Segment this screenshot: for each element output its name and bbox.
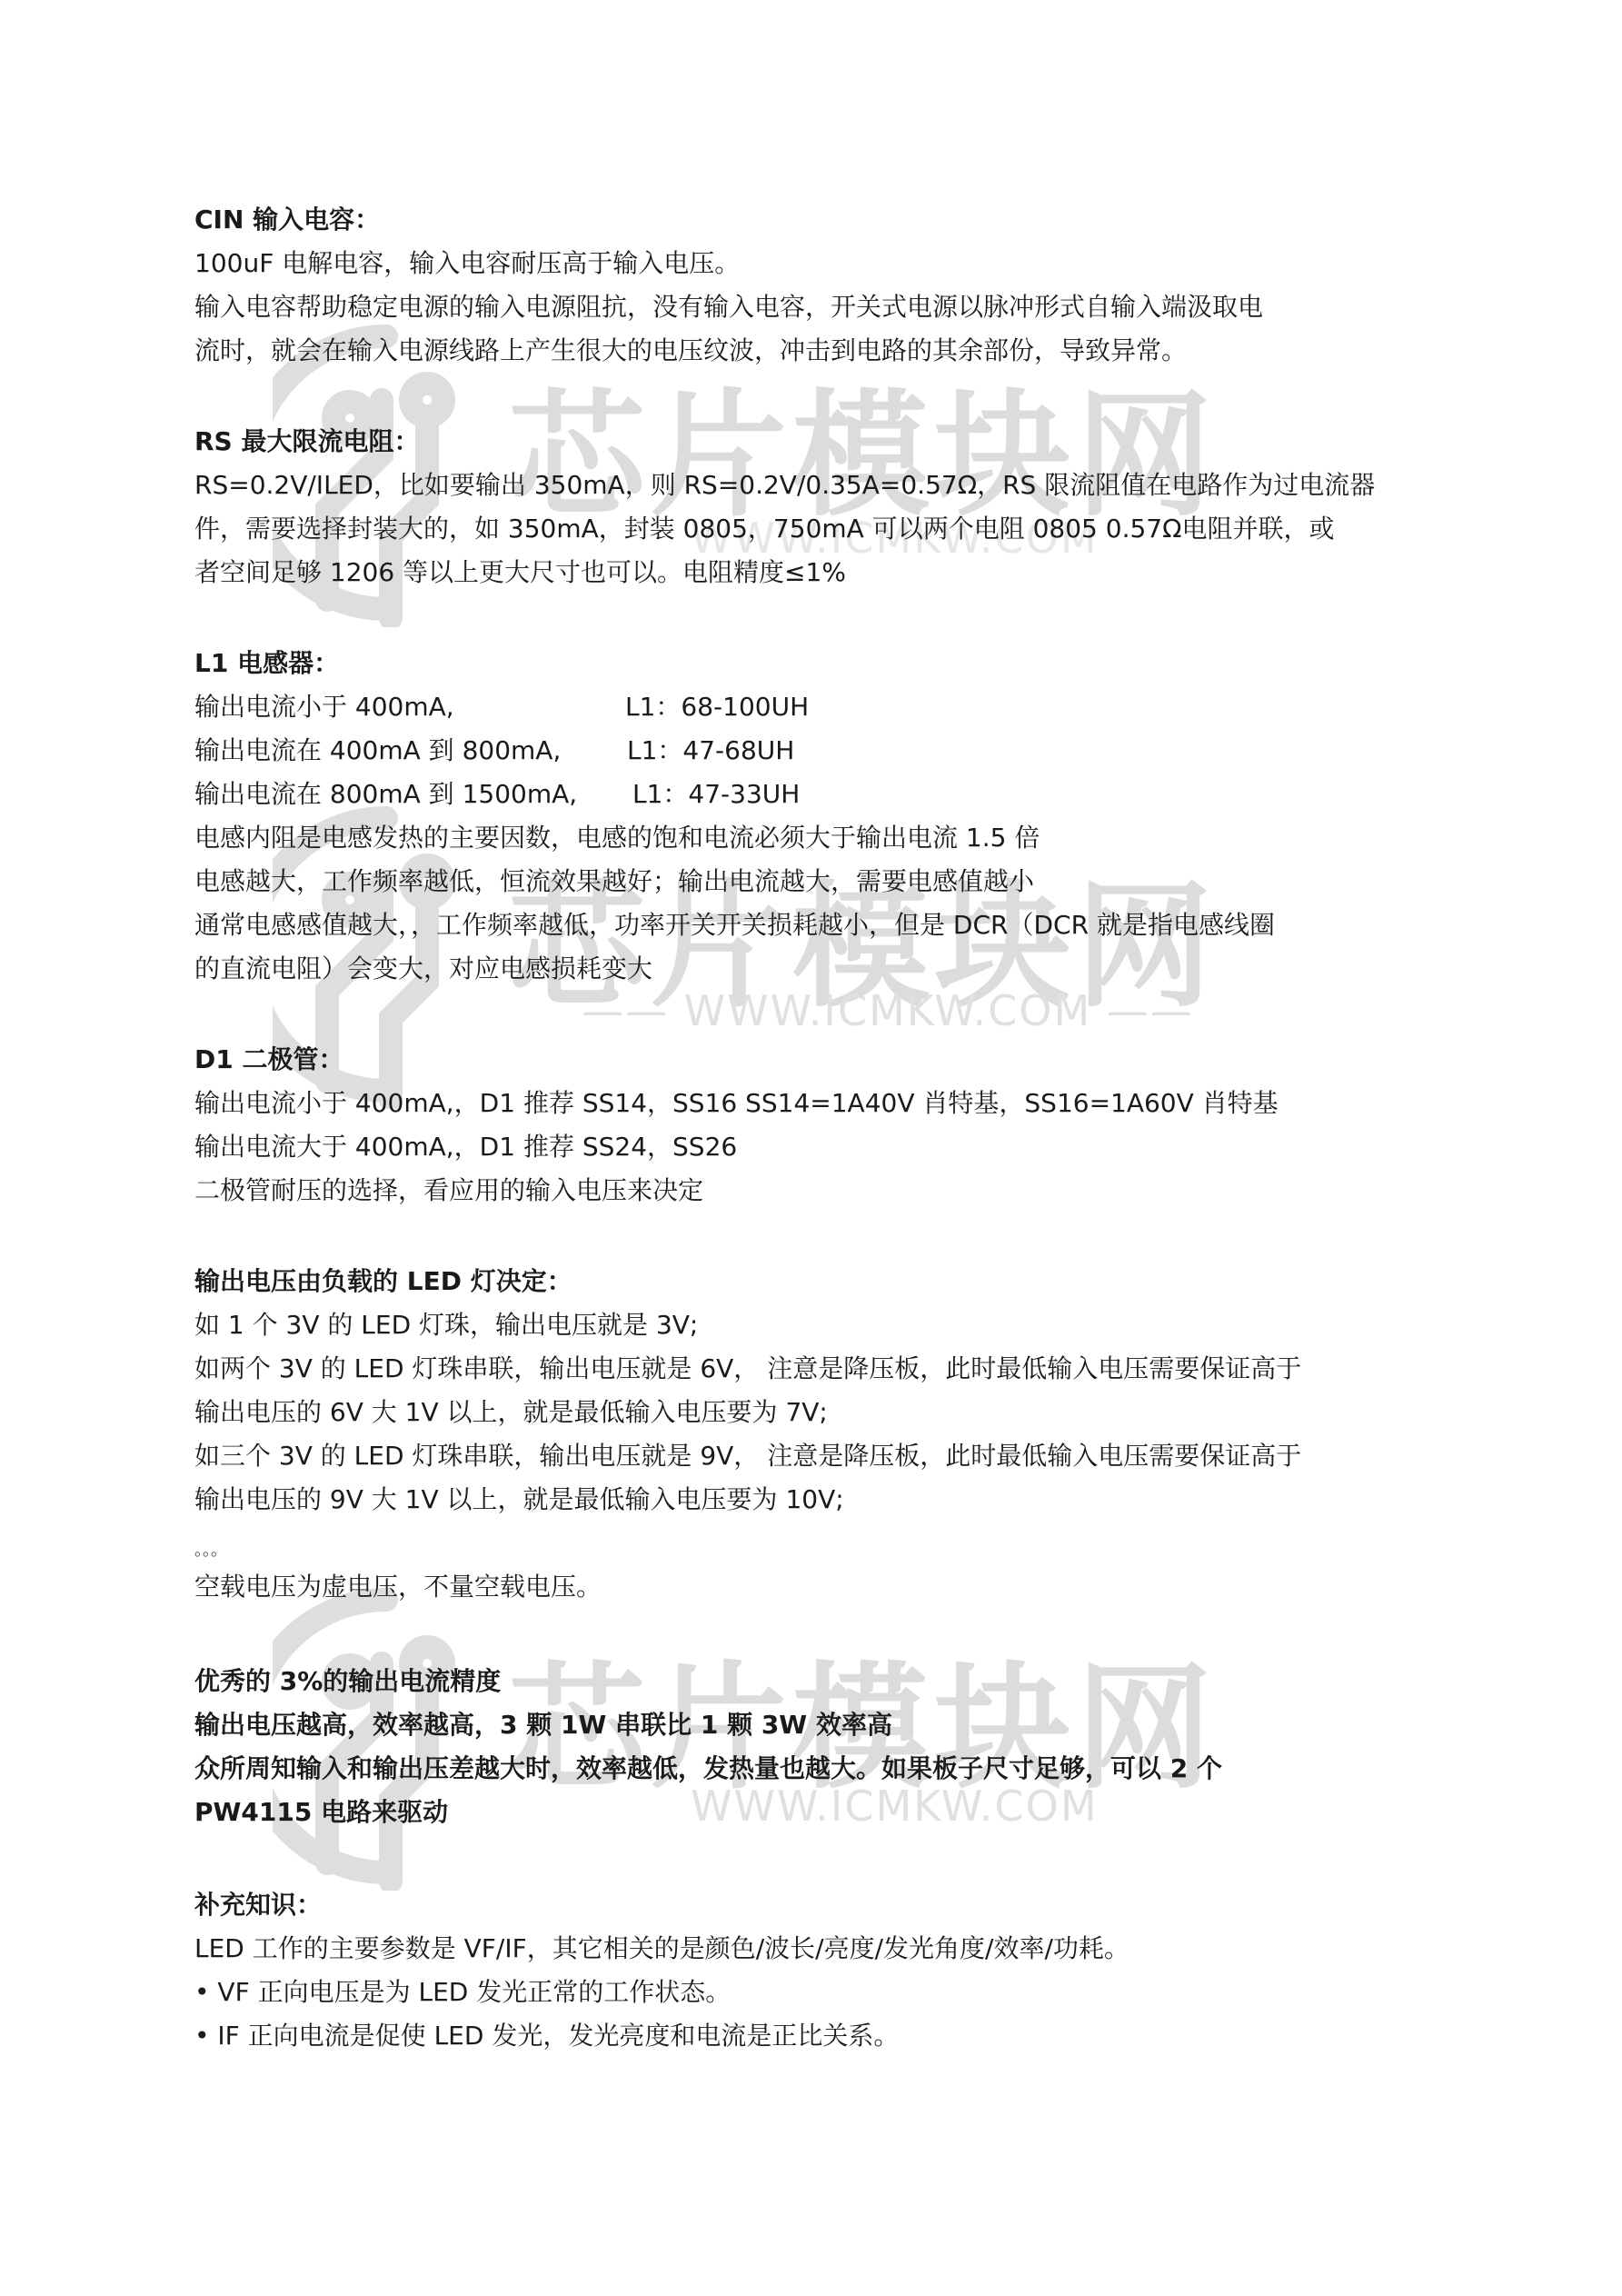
section-heading-rs: RS 最大限流电阻： — [194, 424, 419, 460]
inductor-value: L1：47-33UH — [632, 779, 800, 809]
inductor-value: L1：47-68UH — [627, 735, 794, 765]
bullet-item: • IF 正向电流是促使 LED 发光，发光亮度和电流是正比关系。 — [194, 2018, 899, 2054]
paragraph-line: 件，需要选择封装大的，如 350mA，封装 0805，750mA 可以两个电阻 … — [194, 511, 1335, 547]
paragraph-line: 二极管耐压的选择，看应用的输入电压来决定 — [194, 1173, 703, 1209]
paragraph-line: 者空间足够 1206 等以上更大尺寸也可以。电阻精度≤1% — [194, 554, 846, 591]
highlight-line: 优秀的 3%的输出电流精度 — [194, 1663, 501, 1700]
paragraph-line: 输出电压的 9V 大 1V 以上，就是最低输入电压要为 10V; — [194, 1482, 844, 1518]
paragraph-line: 通常电感感值越大，，工作频率越低，功率开关开关损耗越小，但是 DCR（DCR 就… — [194, 907, 1275, 943]
paragraph-line: 如两个 3V 的 LED 灯珠串联，输出电压就是 6V， 注意是降压板，此时最低… — [194, 1351, 1301, 1387]
section-heading-vout: 输出电压由负载的 LED 灯决定： — [194, 1263, 572, 1300]
inductor-condition: 输出电流在 800mA 到 1500mA, — [194, 776, 632, 813]
inductor-value: L1：68-100UH — [625, 692, 809, 722]
paragraph-line: 的直流电阻）会变大，对应电感损耗变大 — [194, 951, 652, 987]
section-heading-extra: 补充知识： — [194, 1887, 322, 1923]
highlight-line: 输出电压越高，效率越高，3 颗 1W 串联比 1 颗 3W 效率高 — [194, 1707, 892, 1743]
ellipsis-line: 。。。 — [194, 1532, 227, 1569]
paragraph-line: 100uF 电解电容，输入电容耐压高于输入电压。 — [194, 245, 740, 282]
paragraph-line: 流时，就会在输入电源线路上产生很大的电压纹波，冲击到电路的其余部份，导致异常。 — [194, 333, 1187, 369]
inductor-condition: 输出电流在 400mA 到 800mA, — [194, 733, 627, 769]
paragraph-line: 电感内阻是电感发热的主要因数，电感的饱和电流必须大于输出电流 1.5 倍 — [194, 820, 1040, 856]
paragraph-line: 输出电流小于 400mA,，D1 推荐 SS14，SS16 SS14=1A40V… — [194, 1085, 1279, 1122]
paragraph-line: 电感越大，工作频率越低，恒流效果越好；输出电流越大，需要电感值越小 — [194, 863, 1034, 900]
paragraph-line: LED 工作的主要参数是 VF/IF，其它相关的是颜色/波长/亮度/发光角度/效… — [194, 1931, 1129, 1967]
inductor-row: 输出电流在 800mA 到 1500mA,L1：47-33UH — [194, 776, 800, 813]
paragraph-line: RS=0.2V/ILED，比如要输出 350mA，则 RS=0.2V/0.35A… — [194, 467, 1375, 504]
paragraph-line: 输出电压的 6V 大 1V 以上，就是最低输入电压要为 7V; — [194, 1394, 828, 1431]
paragraph-line: 输出电流大于 400mA,，D1 推荐 SS24，SS26 — [194, 1129, 737, 1165]
section-heading-d1: D1 二极管： — [194, 1042, 343, 1078]
inductor-row: 输出电流小于 400mA,L1：68-100UH — [194, 689, 809, 725]
paragraph-line: 如三个 3V 的 LED 灯珠串联，输出电压就是 9V， 注意是降压板，此时最低… — [194, 1438, 1301, 1474]
highlight-line: PW4115 电路来驱动 — [194, 1794, 448, 1831]
paragraph-line: 空载电压为虚电压，不量空载电压。 — [194, 1569, 602, 1605]
highlight-line: 众所周知输入和输出压差越大时，效率越低，发热量也越大。如果板子尺寸足够，可以 2… — [194, 1751, 1222, 1787]
watermark-url: WWW.ICMKW.COM — [691, 1782, 1099, 1831]
bullet-item: • VF 正向电压是为 LED 发光正常的工作状态。 — [194, 1974, 731, 2011]
section-heading-cin: CIN 输入电容： — [194, 202, 380, 238]
paragraph-line: 输入电容帮助稳定电源的输入电源阻抗，没有输入电容，开关式电源以脉冲形式自输入端汲… — [194, 289, 1263, 325]
inductor-condition: 输出电流小于 400mA, — [194, 689, 625, 725]
paragraph-line: 如 1 个 3V 的 LED 灯珠，输出电压就是 3V; — [194, 1307, 698, 1343]
watermark-url: —— WWW.ICMKW.COM —— — [582, 986, 1194, 1035]
inductor-row: 输出电流在 400mA 到 800mA,L1：47-68UH — [194, 733, 794, 769]
section-heading-l1: L1 电感器： — [194, 645, 339, 682]
